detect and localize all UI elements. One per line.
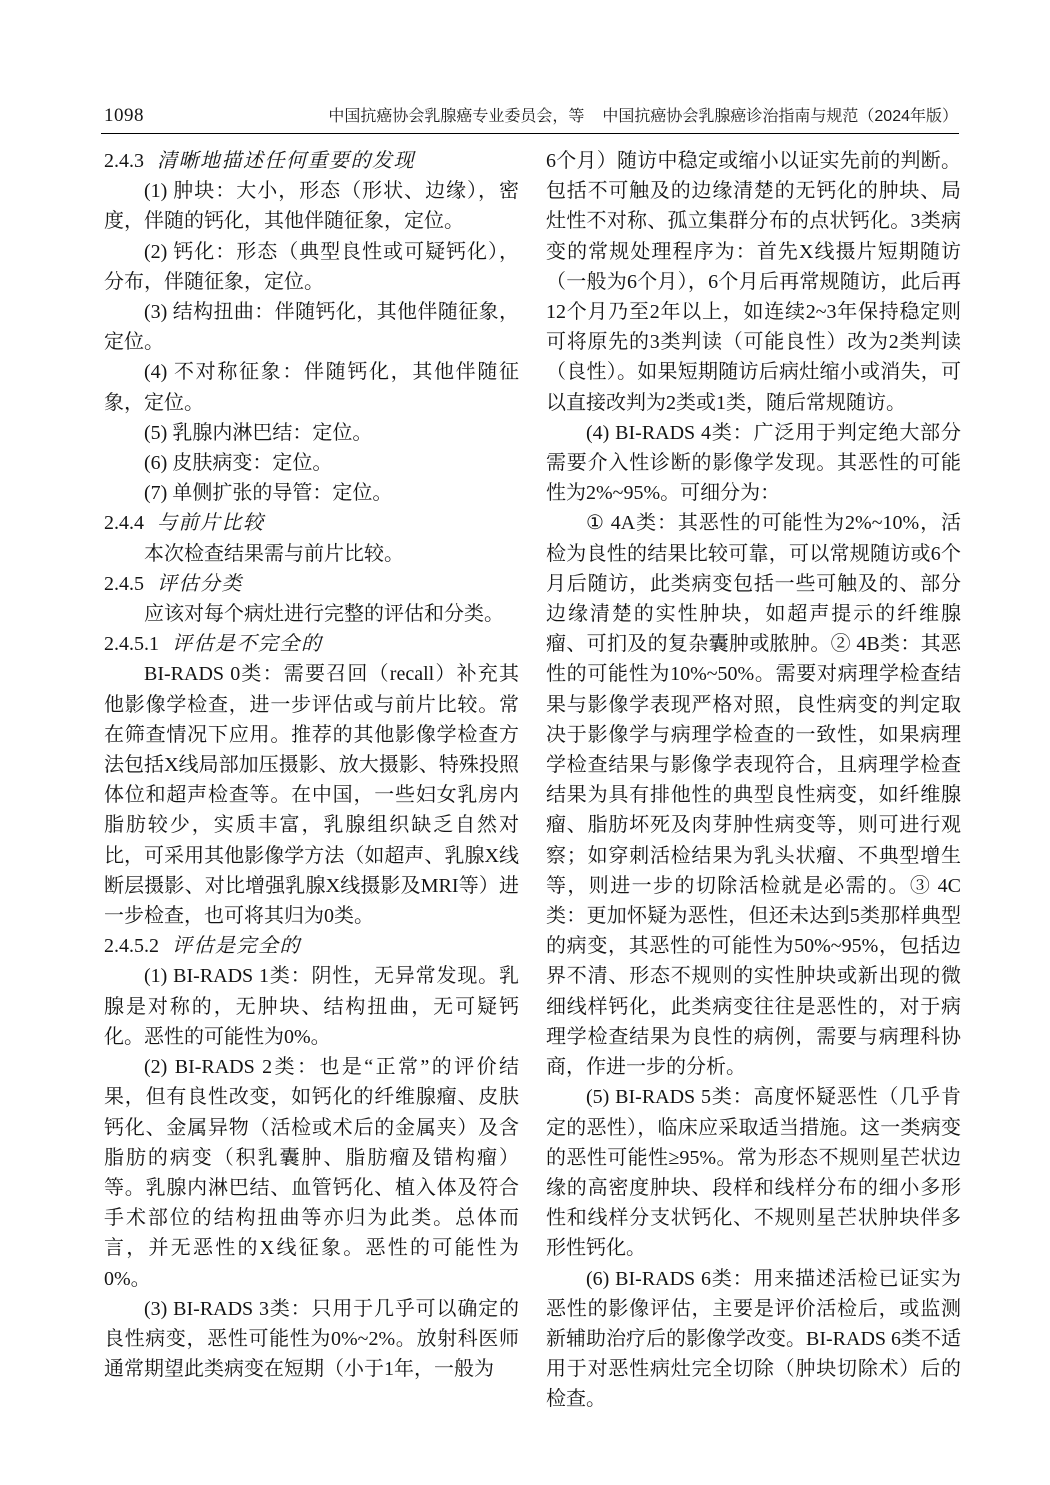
paragraph: (3) BI-RADS 3类：只用于几乎可以确定的良性病变，恶性可能性为0%~2… bbox=[104, 1294, 519, 1385]
paragraph: ① 4A类：其恶性的可能性为2%~10%，活检为良性的结果比较可靠，可以常规随访… bbox=[546, 508, 961, 1082]
page-header: 1098 中国抗癌协会乳腺癌专业委员会，等 中国抗癌协会乳腺癌诊治指南与规范（2… bbox=[104, 103, 958, 127]
document-page: 1098 中国抗癌协会乳腺癌专业委员会，等 中国抗癌协会乳腺癌诊治指南与规范（2… bbox=[0, 0, 1050, 1485]
section-title: 评估是不完全的 bbox=[172, 633, 323, 655]
paragraph: (5) BI-RADS 5类：高度怀疑恶性（几乎肯定的恶性），临床应采取适当措施… bbox=[546, 1082, 961, 1263]
section-number: 2.4.4 bbox=[104, 512, 144, 534]
paragraph: (4) BI-RADS 4类：广泛用于判定绝大部分需要介入性诊断的影像学发现。其… bbox=[546, 418, 961, 509]
paragraph: (1) BI-RADS 1类：阴性，无异常发现。乳腺是对称的，无肿块、结构扭曲，… bbox=[104, 961, 519, 1052]
paragraph: BI-RADS 0类：需要召回（recall）补充其他影像学检查，进一步评估或与… bbox=[104, 659, 519, 931]
section-title: 清晰地描述任何重要的发现 bbox=[157, 150, 415, 172]
paragraph: 应该对每个病灶进行完整的评估和分类。 bbox=[104, 599, 519, 629]
section-title: 评估是完全的 bbox=[172, 935, 301, 957]
section-number: 2.4.5 bbox=[104, 573, 144, 595]
section-heading: 2.4.3清晰地描述任何重要的发现 bbox=[104, 146, 519, 176]
paragraph: (6) BI-RADS 6类：用来描述活检已证实为恶性的影像评估，主要是评价活检… bbox=[546, 1264, 961, 1415]
section-heading: 2.4.4与前片比较 bbox=[104, 508, 519, 538]
page-number: 1098 bbox=[104, 105, 144, 127]
paragraph: (3) 结构扭曲：伴随钙化，其他伴随征象，定位。 bbox=[104, 297, 519, 357]
paragraph: (2) BI-RADS 2类：也是“正常”的评价结果，但有良性改变，如钙化的纤维… bbox=[104, 1052, 519, 1294]
paragraph: (5) 乳腺内淋巴结：定位。 bbox=[104, 418, 519, 448]
paragraph: (4) 不对称征象：伴随钙化，其他伴随征象，定位。 bbox=[104, 357, 519, 417]
section-number: 2.4.5.2 bbox=[104, 935, 159, 957]
paragraph: (6) 皮肤病变：定位。 bbox=[104, 448, 519, 478]
section-title: 评估分类 bbox=[157, 573, 243, 595]
running-head-authors: 中国抗癌协会乳腺癌专业委员会，等 bbox=[328, 103, 584, 126]
paragraph: (1) 肿块：大小，形态（形状、边缘），密度，伴随的钙化，其他伴随征象，定位。 bbox=[104, 176, 519, 236]
section-heading: 2.4.5.1评估是不完全的 bbox=[104, 629, 519, 659]
paragraph: (7) 单侧扩张的导管：定位。 bbox=[104, 478, 519, 508]
section-heading: 2.4.5.2评估是完全的 bbox=[104, 931, 519, 961]
text-columns: 2.4.3清晰地描述任何重要的发现(1) 肿块：大小，形态（形状、边缘），密度，… bbox=[104, 146, 961, 1415]
right-column: 6个月）随访中稳定或缩小以证实先前的判断。包括不可触及的边缘清楚的无钙化的肿块、… bbox=[546, 146, 961, 1415]
paragraph: (2) 钙化：形态（典型良性或可疑钙化），分布，伴随征象，定位。 bbox=[104, 237, 519, 297]
section-title: 与前片比较 bbox=[157, 512, 265, 534]
section-heading: 2.4.5评估分类 bbox=[104, 569, 519, 599]
header-rule bbox=[101, 133, 959, 134]
running-head-journal: 中国抗癌协会乳腺癌诊治指南与规范（2024年版） bbox=[602, 103, 958, 126]
section-number: 2.4.3 bbox=[104, 150, 144, 172]
section-number: 2.4.5.1 bbox=[104, 633, 159, 655]
left-column: 2.4.3清晰地描述任何重要的发现(1) 肿块：大小，形态（形状、边缘），密度，… bbox=[104, 146, 519, 1415]
paragraph: 6个月）随访中稳定或缩小以证实先前的判断。包括不可触及的边缘清楚的无钙化的肿块、… bbox=[546, 146, 961, 418]
paragraph: 本次检查结果需与前片比较。 bbox=[104, 539, 519, 569]
running-head: 中国抗癌协会乳腺癌专业委员会，等 中国抗癌协会乳腺癌诊治指南与规范（2024年版… bbox=[328, 103, 958, 126]
